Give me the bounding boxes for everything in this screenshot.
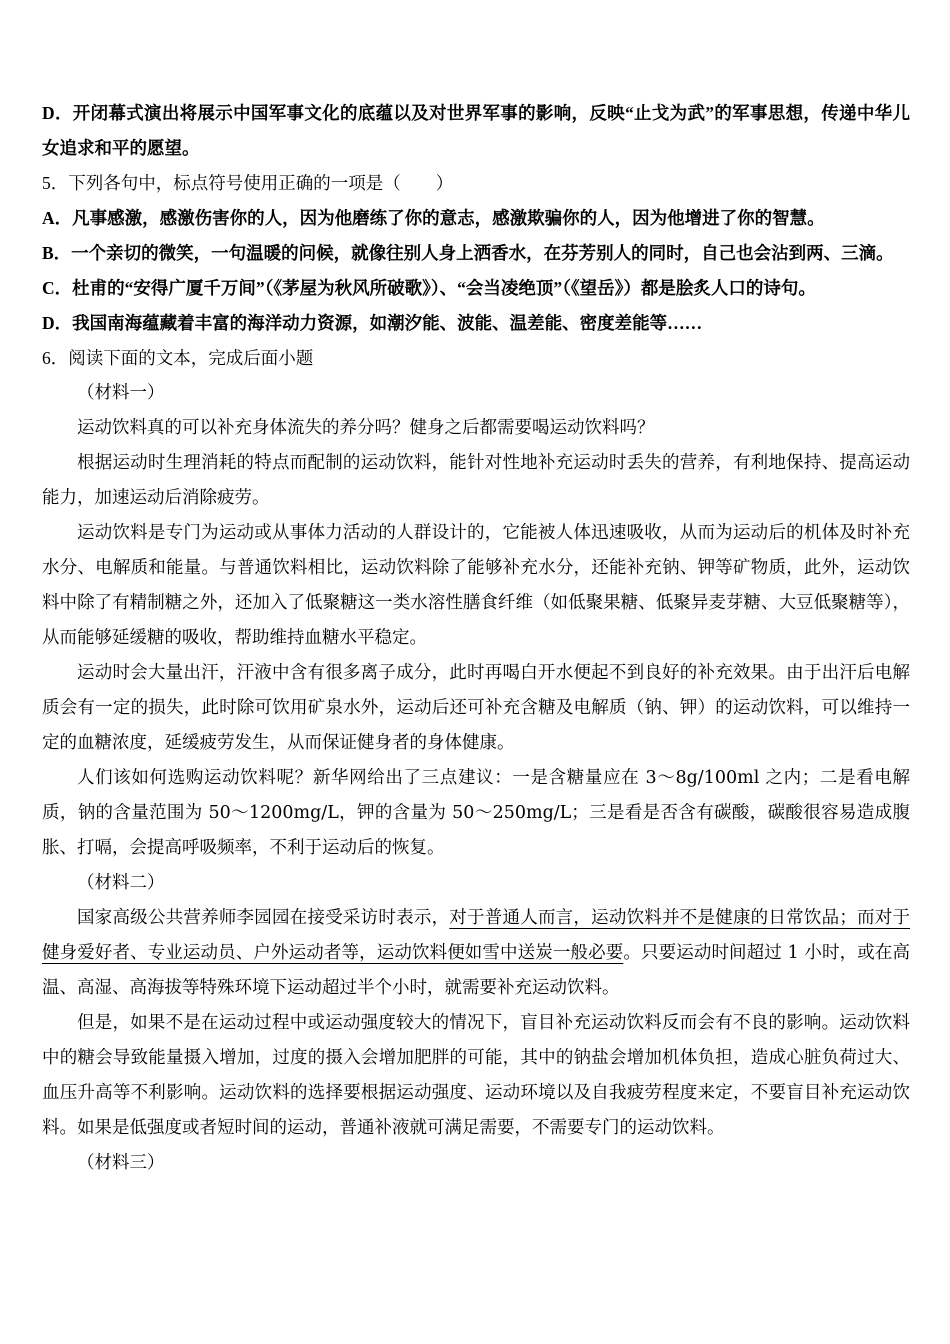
question-5-stem: 5．下列各句中，标点符号使用正确的一项是（ ） [42, 166, 910, 201]
text-run: 但是，如果不是在运动过程中或运动强度较大的情况下，盲目补充运动饮料反而会有不良的… [42, 1013, 910, 1138]
question-5-option-a: A．凡事感激，感激伤害你的人，因为他磨练了你的意志，感激欺骗你的人，因为他增进了… [42, 201, 910, 236]
text-run: D．开闭幕式演出将展示中国军事文化的底蕴以及对世界军事的影响，反映“止戈为武”的… [42, 103, 910, 158]
material-1-para-5: 人们该如何选购运动饮料呢？新华网给出了三点建议：一是含糖量应在 3～8g/100… [42, 761, 910, 866]
text-run: 国家高级公共营养师李园园在接受采访时表示， [77, 908, 449, 928]
option-d-prev-question: D．开闭幕式演出将展示中国军事文化的底蕴以及对世界军事的影响，反映“止戈为武”的… [42, 96, 910, 166]
text-run: （材料三） [77, 1153, 165, 1173]
text-run: A．凡事感激，感激伤害你的人，因为他磨练了你的意志，感激欺骗你的人，因为他增进了… [42, 208, 825, 228]
text-run: 5．下列各句中，标点符号使用正确的一项是（ ） [42, 173, 453, 193]
material-1-para-1: 运动饮料真的可以补充身体流失的养分吗？健身之后都需要喝运动饮料吗？ [42, 411, 910, 446]
text-run: D．我国南海蕴藏着丰富的海洋动力资源，如潮汐能、波能、温差能、密度差能等…… [42, 313, 702, 333]
material-1-para-2: 根据运动时生理消耗的特点而配制的运动饮料，能针对性地补充运动时丢失的营养，有利地… [42, 446, 910, 516]
material-1-para-3: 运动饮料是专门为运动或从事体力活动的人群设计的，它能被人体迅速吸收，从而为运动后… [42, 516, 910, 656]
question-5-option-d: D．我国南海蕴藏着丰富的海洋动力资源，如潮汐能、波能、温差能、密度差能等…… [42, 306, 910, 341]
text-run: 运动饮料是专门为运动或从事体力活动的人群设计的，它能被人体迅速吸收，从而为运动后… [42, 523, 910, 648]
material-3-heading: （材料三） [42, 1146, 910, 1181]
question-5-option-c: C．杜甫的“安得广厦千万间”（《茅屋为秋风所破歌》）、“会当凌绝顶”（《望岳》）… [42, 271, 910, 306]
question-6-stem: 6．阅读下面的文本，完成后面小题 [42, 341, 910, 376]
text-run: B．一个亲切的微笑，一句温暖的问候，就像往别人身上洒香水，在芬芳别人的同时，自己… [42, 243, 894, 263]
text-run: 人们该如何选购运动饮料呢？新华网给出了三点建议：一是含糖量应在 3～8g/100… [42, 768, 910, 858]
text-run: （材料一） [77, 383, 165, 403]
material-2-heading: （材料二） [42, 866, 910, 901]
text-run: （材料二） [77, 873, 165, 893]
question-5-option-b: B．一个亲切的微笑，一句温暖的问候，就像往别人身上洒香水，在芬芳别人的同时，自己… [42, 236, 910, 271]
text-run: 6．阅读下面的文本，完成后面小题 [42, 348, 313, 368]
material-1-para-4: 运动时会大量出汗，汗液中含有很多离子成分，此时再喝白开水便起不到良好的补充效果。… [42, 656, 910, 761]
exam-document-page: D．开闭幕式演出将展示中国军事文化的底蕴以及对世界军事的影响，反映“止戈为武”的… [0, 0, 950, 1344]
text-run: 运动时会大量出汗，汗液中含有很多离子成分，此时再喝白开水便起不到良好的补充效果。… [42, 663, 910, 753]
material-2-para-2: 但是，如果不是在运动过程中或运动强度较大的情况下，盲目补充运动饮料反而会有不良的… [42, 1006, 910, 1146]
material-2-para-1: 国家高级公共营养师李园园在接受采访时表示，对于普通人而言，运动饮料并不是健康的日… [42, 901, 910, 1006]
text-run: 运动饮料真的可以补充身体流失的养分吗？健身之后都需要喝运动饮料吗？ [77, 418, 655, 438]
text-run: 根据运动时生理消耗的特点而配制的运动饮料，能针对性地补充运动时丢失的营养，有利地… [42, 453, 910, 508]
material-1-heading: （材料一） [42, 376, 910, 411]
text-run: C．杜甫的“安得广厦千万间”（《茅屋为秋风所破歌》）、“会当凌绝顶”（《望岳》）… [42, 278, 816, 298]
